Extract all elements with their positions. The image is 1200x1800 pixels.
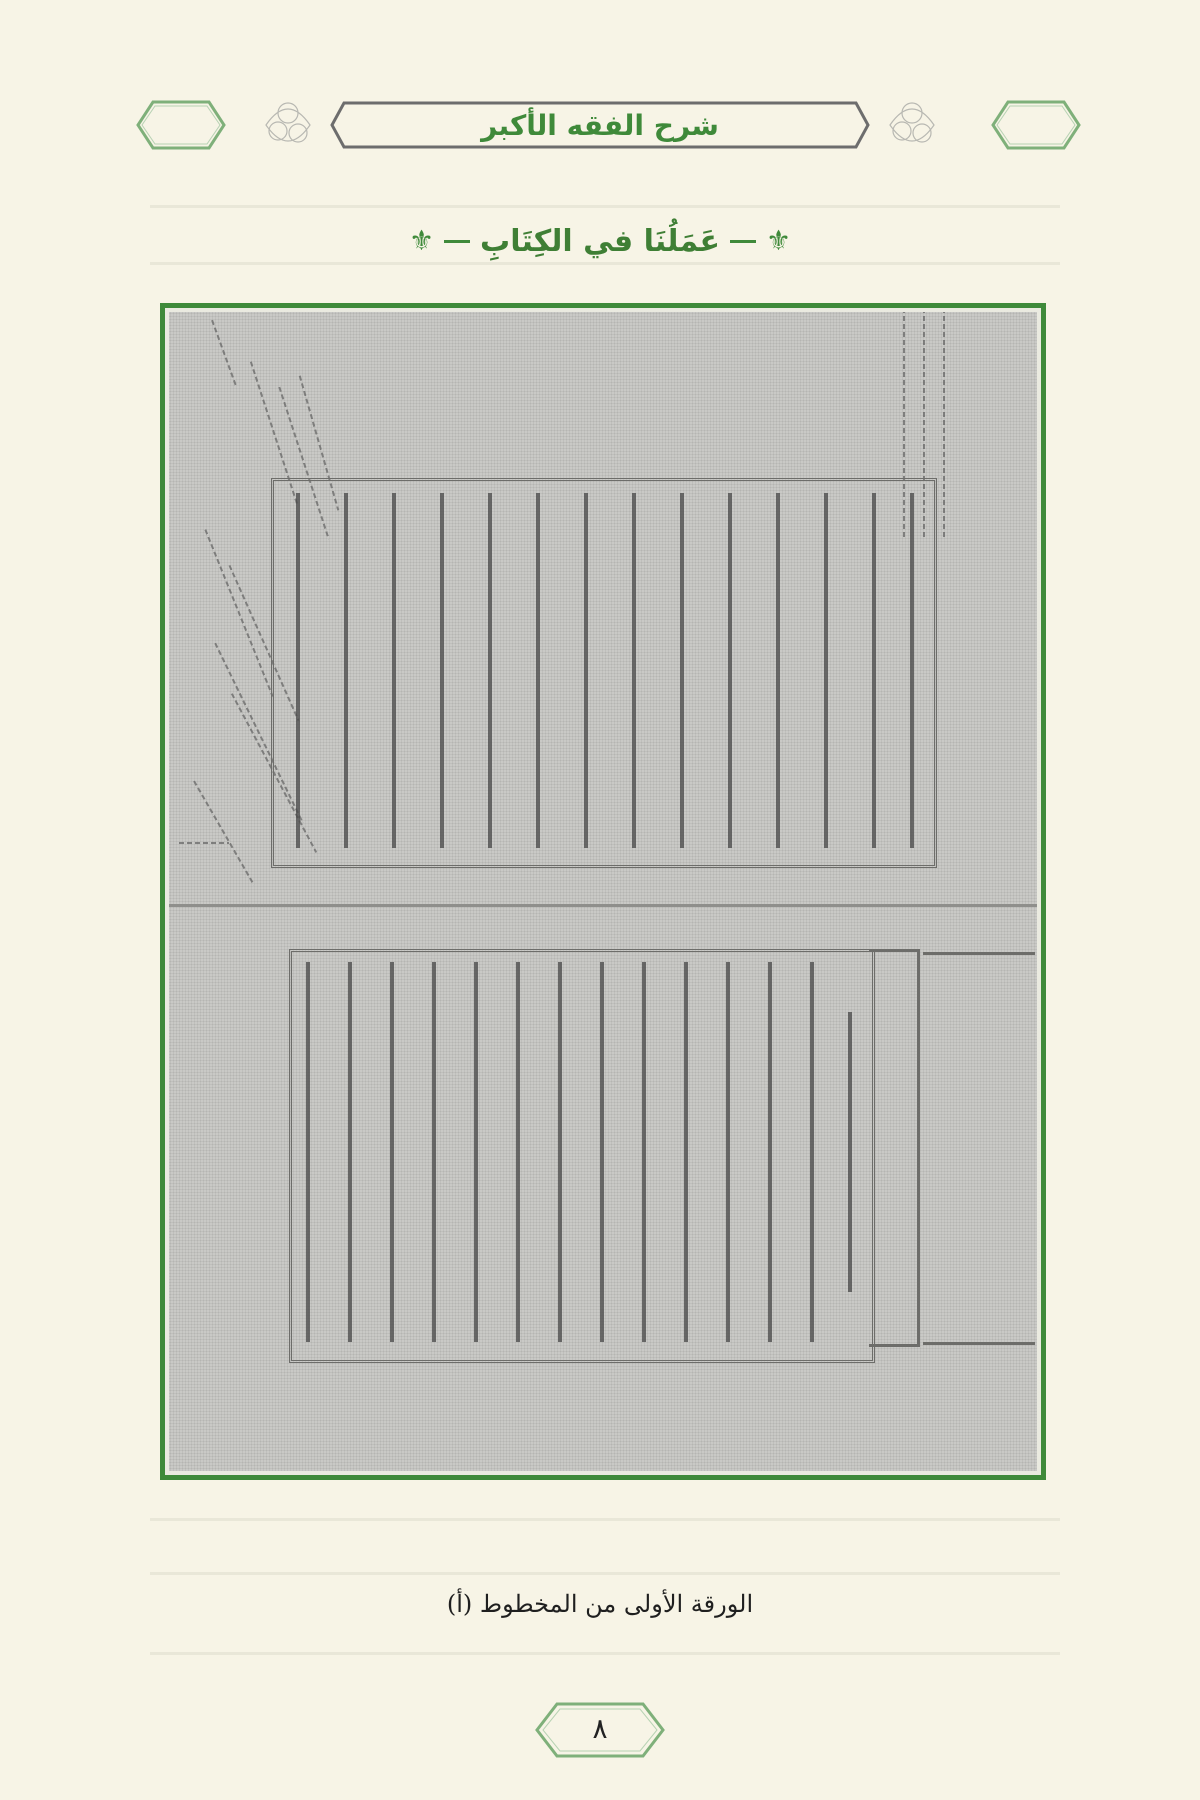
manuscript-fold-line [169,904,1037,907]
section-title: عَمَلُنَا في الكِتَابِ [480,224,720,259]
manuscript-text-block-lower [289,949,875,1363]
manuscript-rule-line [923,1342,1035,1345]
running-title-frame: شرح الفقه الأكبر [330,101,870,149]
figure-caption: الورقة الأولى من المخطوط (أ) [0,1590,1200,1618]
marginal-notes [179,842,229,844]
page-number-badge: ٨ [533,1700,667,1760]
manuscript-rule-line [923,952,1035,955]
fleur-de-lis-icon: ⚜ [766,227,791,255]
manuscript-photo [169,312,1037,1471]
divider [730,240,756,243]
manuscript-ruled-column [869,949,920,1347]
running-title: شرح الفقه الأكبر [330,109,870,142]
arabesque-ornament-icon [880,93,944,157]
divider [444,240,470,243]
section-heading: ⚜ عَمَلُنَا في الكِتَابِ ⚜ [400,213,800,269]
hexagon-ornament-icon [990,99,1082,151]
manuscript-figure [160,303,1046,1480]
hexagon-ornament-icon [135,99,227,151]
page-header: شرح الفقه الأكبر [0,85,1200,165]
page-number: ٨ [533,1712,667,1745]
manuscript-text-block-upper [271,478,937,868]
arabesque-ornament-icon [256,93,320,157]
fleur-de-lis-icon: ⚜ [409,227,434,255]
